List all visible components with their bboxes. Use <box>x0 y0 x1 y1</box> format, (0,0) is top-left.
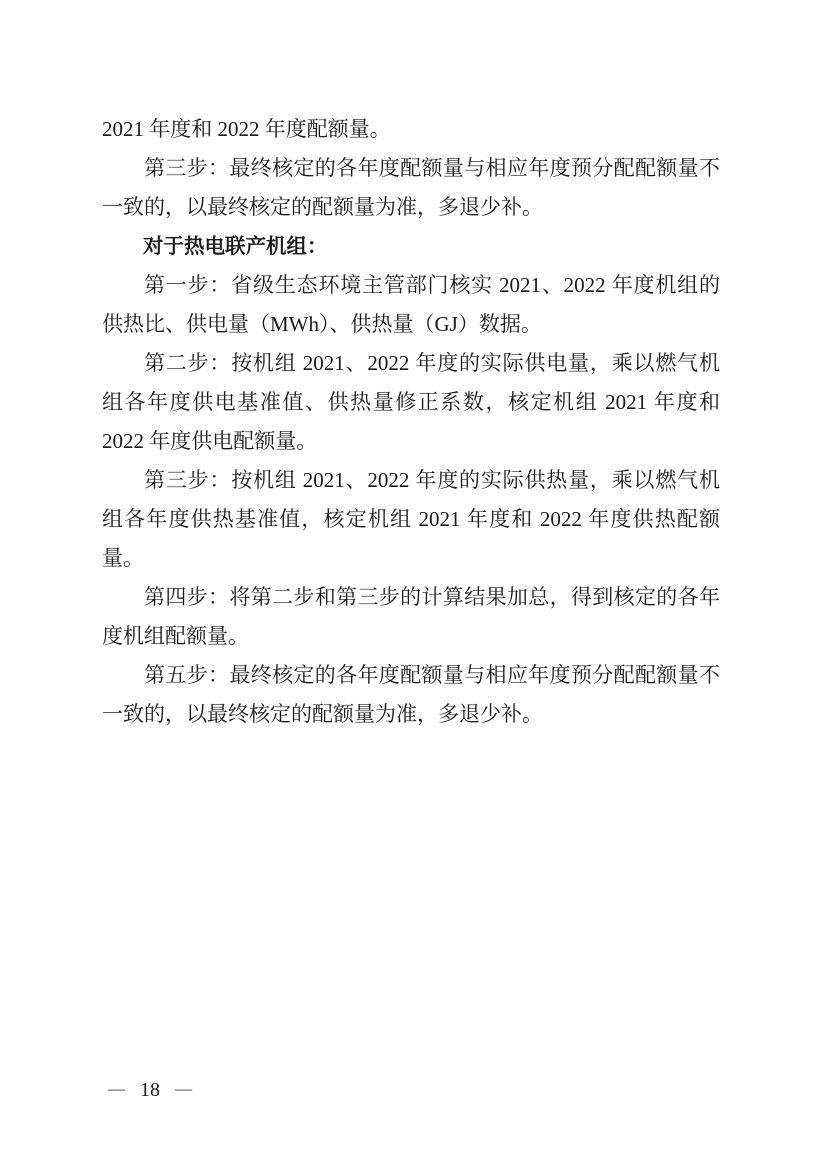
footer-dash-right: — <box>175 1079 192 1098</box>
paragraph: 对于热电联产机组： <box>102 227 720 266</box>
paragraph: 第三步：按机组 2021、2022 年度的实际供热量，乘以燃气机组各年度供热基准… <box>102 461 720 578</box>
paragraph: 第一步：省级生态环境主管部门核实 2021、2022 年度机组的供热比、供电量（… <box>102 266 720 344</box>
document-page: 2021 年度和 2022 年度配额量。第三步：最终核定的各年度配额量与相应年度… <box>0 0 826 1169</box>
paragraph: 第四步：将第二步和第三步的计算结果加总，得到核定的各年度机组配额量。 <box>102 578 720 656</box>
paragraph: 2021 年度和 2022 年度配额量。 <box>102 110 720 149</box>
footer-dash-left: — <box>108 1079 125 1098</box>
document-body: 2021 年度和 2022 年度配额量。第三步：最终核定的各年度配额量与相应年度… <box>102 110 720 734</box>
page-number: 18 <box>140 1080 160 1100</box>
paragraph: 第三步：最终核定的各年度配额量与相应年度预分配配额量不一致的，以最终核定的配额量… <box>102 149 720 227</box>
page-footer: —18— <box>108 1079 192 1100</box>
paragraph: 第五步：最终核定的各年度配额量与相应年度预分配配额量不一致的，以最终核定的配额量… <box>102 656 720 734</box>
paragraph: 第二步：按机组 2021、2022 年度的实际供电量，乘以燃气机组各年度供电基准… <box>102 344 720 461</box>
